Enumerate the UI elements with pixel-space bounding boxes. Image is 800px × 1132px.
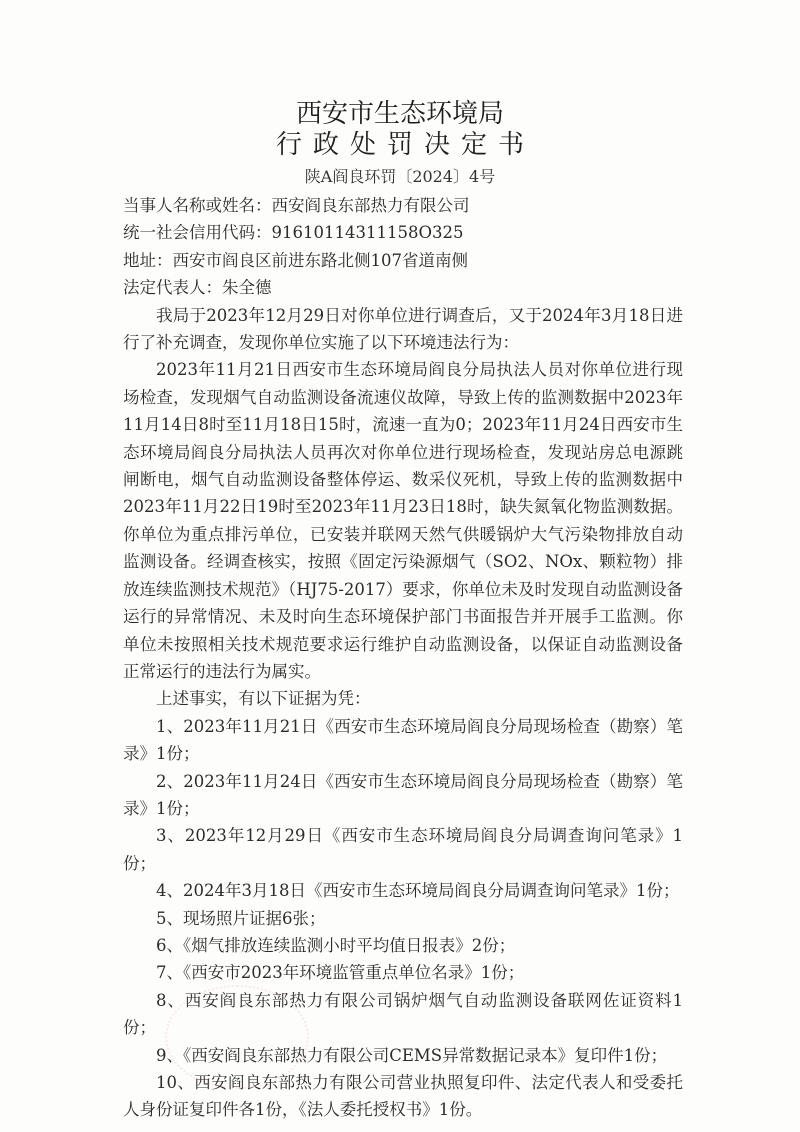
investigation-paragraph: 我局于2023年12月29日对你单位进行调查后，又于2024年3月18日进行了补…	[123, 302, 683, 357]
violation-facts-paragraph: 2023年11月21日西安市生态环境局阎良分局执法人员对你单位进行现场检查，发现…	[123, 356, 683, 685]
field-label: 统一社会信用代码：	[123, 223, 272, 242]
evidence-item: 2、2023年11月24日《西安市生态环境局阎良分局现场检查（勘察）笔录》1份；	[123, 768, 683, 823]
evidence-item: 4、2024年3月18日《西安市生态环境局阎良分局调查询问笔录》1份；	[123, 877, 683, 904]
evidence-item: 6、《烟气排放连续监测小时平均值日报表》2份；	[123, 932, 683, 959]
evidence-intro: 上述事实，有以下证据为凭：	[123, 685, 683, 712]
document-page: 西安市生态环境局 行政处罚决定书 陕A阎良环罚〔2024〕4号 当事人名称或姓名…	[0, 0, 800, 1132]
evidence-item: 7、《西安市2023年环境监管重点单位名录》1份；	[123, 959, 683, 986]
legal-rep-line: 法定代表人：朱全德	[123, 274, 683, 301]
credit-code-line: 统一社会信用代码：91610114311158O325	[123, 219, 683, 246]
address: 西安市阎良区前进东路北侧107省道南侧	[173, 251, 469, 270]
legal-representative: 朱全德	[222, 278, 272, 297]
field-label: 地址：	[123, 251, 173, 270]
document-number: 陕A阎良环罚〔2024〕4号	[0, 166, 800, 188]
field-label: 法定代表人：	[123, 278, 222, 297]
address-line: 地址：西安市阎良区前进东路北侧107省道南侧	[123, 247, 683, 274]
evidence-item: 1、2023年11月21日《西安市生态环境局阎良分局现场检查（勘察）笔录》1份；	[123, 713, 683, 768]
faint-seal-mark	[165, 985, 309, 1089]
credit-code: 91610114311158O325	[272, 223, 464, 242]
evidence-item: 5、现场照片证据6张；	[123, 905, 683, 932]
party-name-line: 当事人名称或姓名：西安阎良东部热力有限公司	[123, 192, 683, 219]
agency-title: 西安市生态环境局	[0, 98, 800, 130]
document-body: 当事人名称或姓名：西安阎良东部热力有限公司 统一社会信用代码：916101143…	[123, 192, 683, 1124]
document-type-title: 行政处罚决定书	[0, 129, 800, 161]
party-name: 西安阎良东部热力有限公司	[272, 196, 470, 215]
evidence-item: 3、2023年12月29日《西安市生态环境局阎良分局调查询问笔录》1份；	[123, 822, 683, 877]
field-label: 当事人名称或姓名：	[123, 196, 272, 215]
